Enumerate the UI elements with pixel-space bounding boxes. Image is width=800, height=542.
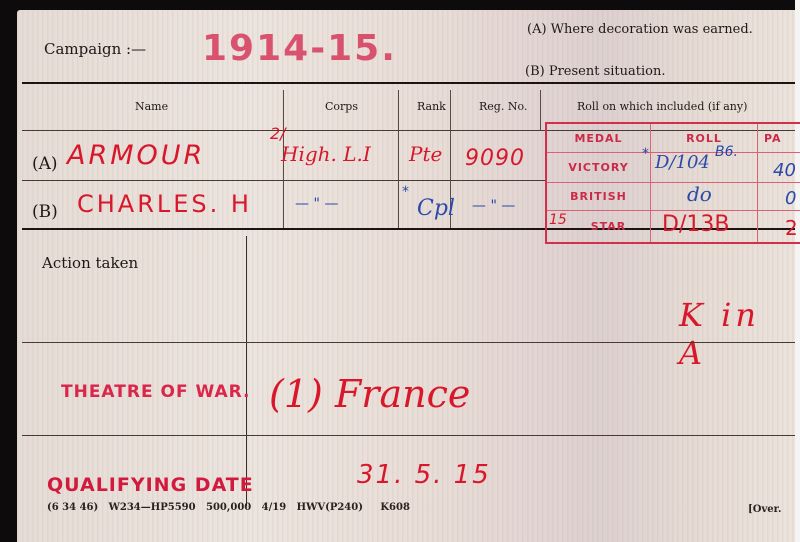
action-taken-label: Action taken bbox=[42, 254, 138, 272]
theatre-of-war-label: THEATRE OF WAR. bbox=[61, 382, 250, 402]
rank-b: Cpl bbox=[417, 196, 455, 221]
campaign-label: Campaign :— bbox=[44, 40, 146, 58]
star-roll: D/13B bbox=[662, 212, 729, 237]
medal-victory: VICTORY bbox=[547, 161, 650, 174]
action-note: K in A bbox=[679, 296, 795, 372]
row-a-label: (A) bbox=[32, 154, 58, 174]
star-page: 2 bbox=[785, 216, 798, 240]
rank-a: Pte bbox=[409, 142, 442, 166]
divider-top bbox=[22, 82, 795, 84]
star-prefix: 15 bbox=[549, 212, 567, 228]
corps-ditto: — " — bbox=[295, 196, 338, 212]
row-b-label: (B) bbox=[32, 202, 58, 222]
forename: CHARLES. H bbox=[77, 190, 252, 218]
victory-roll: D/104 bbox=[655, 152, 710, 173]
print-code: (6 34 46) W234—HP5590 500,000 4/19 HWV(P… bbox=[47, 502, 410, 513]
qualifying-date-value: 31. 5. 15 bbox=[357, 460, 491, 490]
medal-star: STAR bbox=[567, 220, 650, 233]
header-reg-no: Reg. No. bbox=[479, 100, 527, 113]
qualifying-date-label: QUALIFYING DATE bbox=[47, 474, 254, 496]
reg-no: 9090 bbox=[465, 146, 525, 171]
victory-page: 40 bbox=[773, 160, 796, 181]
medal-header: MEDAL bbox=[547, 132, 650, 145]
header-corps: Corps bbox=[325, 100, 358, 113]
medal-line bbox=[547, 182, 800, 183]
scan-edge bbox=[795, 0, 800, 542]
legend-a: (A) Where decoration was earned. bbox=[527, 22, 753, 37]
medal-line bbox=[547, 210, 800, 211]
rank-b-mark: * bbox=[402, 184, 409, 200]
page-header: PA bbox=[758, 132, 800, 145]
reg-no-ditto: — " — bbox=[472, 198, 515, 214]
british-roll: do bbox=[687, 182, 712, 206]
corps-battalion: 2/ bbox=[270, 124, 286, 143]
header-name: Name bbox=[135, 100, 168, 113]
medal-roll-box: MEDAL ROLL PA VICTORY * D/104 B6. 40 BRI… bbox=[545, 122, 800, 244]
medal-british: BRITISH bbox=[547, 190, 650, 203]
col-divider-rank bbox=[398, 90, 399, 230]
victory-roll-mark: * bbox=[642, 146, 649, 162]
col-divider-roll bbox=[540, 90, 541, 130]
divider-theatre bbox=[22, 435, 795, 436]
british-page: 0 bbox=[785, 188, 796, 209]
theatre-of-war-value: (1) France bbox=[269, 372, 470, 416]
divider-row-a bbox=[22, 180, 547, 181]
header-roll: Roll on which included (if any) bbox=[577, 100, 747, 113]
header-rank: Rank bbox=[417, 100, 446, 113]
surname: ARMOUR bbox=[67, 140, 205, 171]
medal-index-card: Campaign :— 1914-15. (A) Where decoratio… bbox=[17, 10, 795, 542]
divider-action bbox=[22, 342, 795, 343]
campaign-stamp: 1914-15. bbox=[202, 28, 397, 69]
over-note: [Over. bbox=[748, 504, 781, 515]
corps: High. L.I bbox=[281, 142, 371, 166]
legend-b: (B) Present situation. bbox=[525, 64, 665, 79]
roll-header: ROLL bbox=[651, 132, 757, 145]
victory-roll-suffix: B6. bbox=[715, 144, 738, 160]
section-divider bbox=[246, 236, 247, 506]
